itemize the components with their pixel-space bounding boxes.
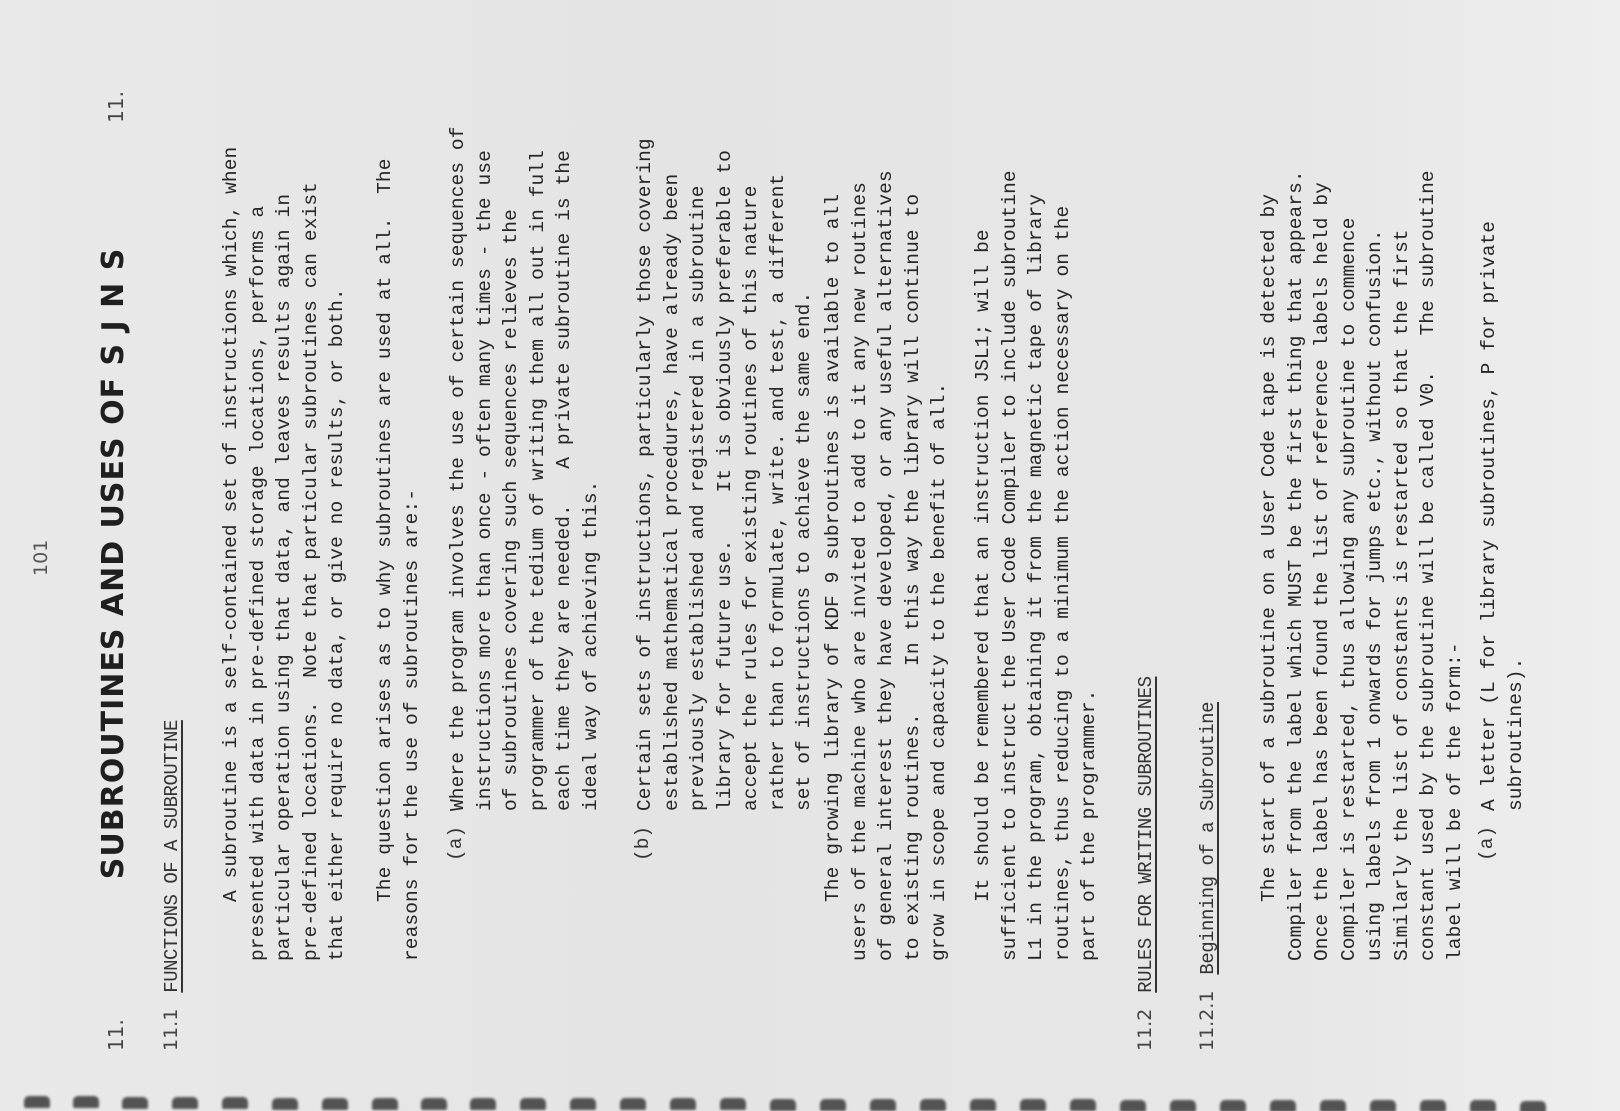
- binder-hole-mark: [372, 1098, 398, 1110]
- binder-hole-mark: [73, 1096, 99, 1108]
- binder-hole-mark: [1470, 1100, 1496, 1111]
- binder-hole-mark: [920, 1099, 946, 1111]
- binder-hole-mark: [1420, 1100, 1446, 1111]
- document-page: 101 11. SUBROUTINES AND USES OF S J N S …: [0, 0, 1620, 1111]
- binder-hole-mark: [520, 1098, 546, 1110]
- section-number: 11.2: [1134, 1009, 1156, 1051]
- binder-hole-mark: [620, 1098, 646, 1110]
- binder-hole-mark: [820, 1099, 846, 1111]
- list-item-a-text: A letter (L for library subroutines, P f…: [1476, 221, 1529, 811]
- section-heading-11-2-1: 11.2.1 Beginning of a Subroutine: [1196, 702, 1219, 1051]
- binder-hole-mark: [1020, 1099, 1046, 1111]
- binder-hole-mark: [421, 1098, 447, 1110]
- list-item-label-b: (b): [632, 826, 654, 861]
- binder-hole-mark: [272, 1098, 298, 1110]
- section-heading-11-1: 11.1 FUNCTIONS OF A SUBROUTINE: [160, 720, 183, 1051]
- chapter-number-right: 11.: [104, 91, 128, 123]
- binder-hole-mark: [172, 1097, 198, 1109]
- binder-hole-mark: [770, 1099, 796, 1111]
- section-title: Beginning of a Subroutine: [1197, 702, 1219, 975]
- binder-hole-mark: [720, 1098, 746, 1110]
- binder-hole-mark: [1220, 1100, 1246, 1111]
- binder-hole-mark: [1370, 1100, 1396, 1111]
- list-item-label-a: (a): [1476, 826, 1498, 861]
- section-number: 11.1: [160, 1009, 182, 1051]
- paragraph-library: The growing library of KDF 9 subroutines…: [820, 170, 953, 961]
- list-item-label-a: (a): [445, 826, 467, 861]
- binder-hole-mark: [1520, 1101, 1546, 1111]
- section-title: RULES FOR WRITING SUBROUTINES: [1135, 677, 1157, 993]
- binder-hole-mark: [470, 1098, 496, 1110]
- list-item-a-text: Where the program involves the use of ce…: [445, 126, 604, 811]
- section-number: 11.2.1: [1196, 991, 1218, 1051]
- binder-hole-mark: [570, 1098, 596, 1110]
- binder-hole-mark: [122, 1097, 148, 1109]
- page-number: 101: [30, 540, 52, 576]
- scanned-page-background: 101 11. SUBROUTINES AND USES OF S J N S …: [0, 0, 1620, 1111]
- binder-hole-mark: [1270, 1100, 1296, 1111]
- binder-hole-mark: [970, 1099, 996, 1111]
- binder-hole-mark: [24, 1096, 50, 1108]
- binder-hole-mark: [870, 1099, 896, 1111]
- chapter-header: 11. SUBROUTINES AND USES OF S J N S 11.: [96, 91, 131, 1051]
- chapter-title: SUBROUTINES AND USES OF S J N S: [96, 248, 131, 880]
- list-item-b-text: Certain sets of instructions, particular…: [632, 138, 818, 811]
- section-title: FUNCTIONS OF A SUBROUTINE: [161, 720, 183, 993]
- paragraph-beginning: The start of a subroutine on a User Code…: [1256, 170, 1468, 961]
- section-heading-11-2: 11.2 RULES FOR WRITING SUBROUTINES: [1134, 677, 1157, 1051]
- binder-hole-mark: [1170, 1100, 1196, 1111]
- binder-hole-mark: [222, 1097, 248, 1109]
- binder-hole-mark: [670, 1098, 696, 1110]
- binder-hole-mark: [322, 1098, 348, 1110]
- paragraph-jsl: It should be remembered that an instruct…: [970, 170, 1103, 961]
- chapter-number-left: 11.: [104, 1019, 128, 1051]
- paragraph-definition: A subroutine is a self-contained set of …: [218, 147, 351, 961]
- binder-hole-mark: [1320, 1100, 1346, 1111]
- binder-hole-mark: [1070, 1099, 1096, 1111]
- paragraph-question: The question arises as to why subroutine…: [372, 158, 425, 961]
- binder-hole-mark: [1120, 1100, 1146, 1111]
